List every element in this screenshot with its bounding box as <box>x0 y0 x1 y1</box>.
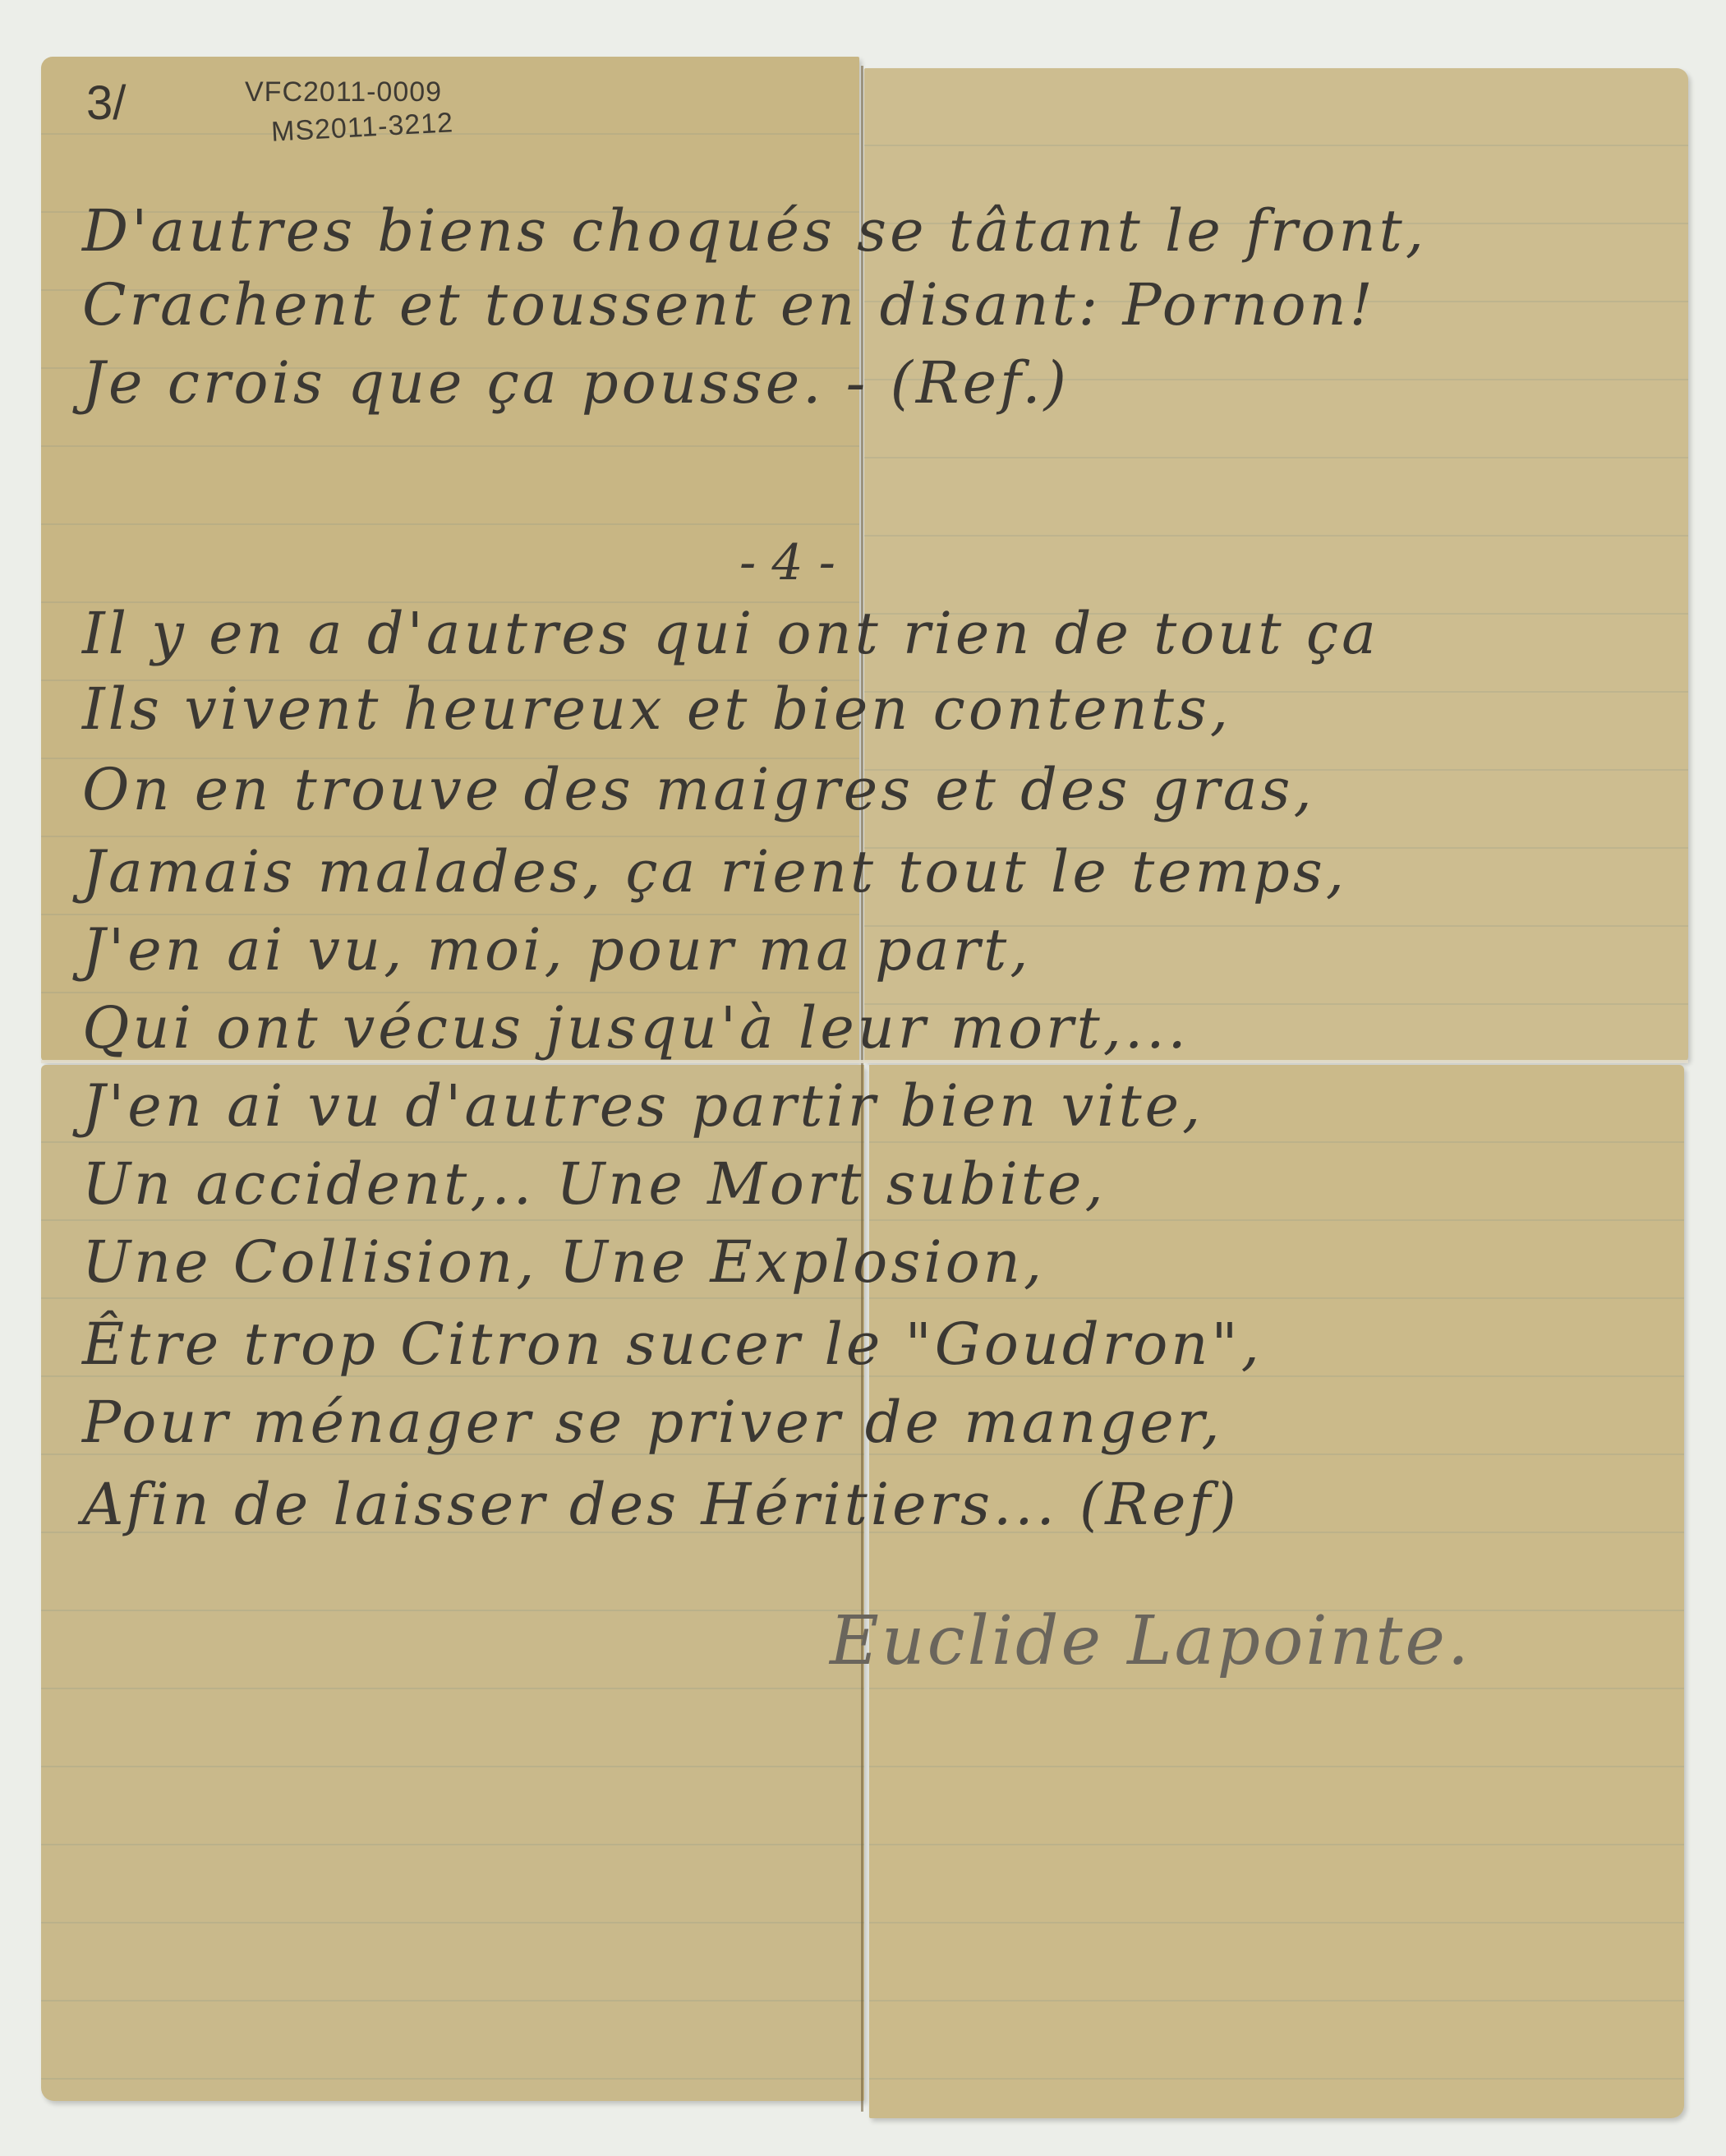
paper-panel-bottom-left <box>41 1065 864 2101</box>
poem-line: Pour ménager se priver de manger, <box>82 1389 1643 1456</box>
poem-line: D'autres biens choqués se tâtant le fron… <box>82 197 1643 265</box>
poem-line: Qui ont vécus jusqu'à leur mort,... <box>82 994 1643 1062</box>
poem-line: Crachent et toussent en disant: Pornon! <box>82 271 1643 339</box>
poem-line: Je crois que ça pousse. - (Ref.) <box>82 349 1643 417</box>
poem-line: Une Collision, Une Explosion, <box>82 1228 1643 1296</box>
stanza-number: - 4 - <box>739 534 835 592</box>
poem-line: Ils vivent heureux et bien contents, <box>82 675 1643 743</box>
poem-line: Un accident,.. Une Mort subite, <box>82 1150 1643 1218</box>
poem-line: J'en ai vu d'autres partir bien vite, <box>82 1072 1643 1140</box>
catalog-number-vfc: VFC2011-0009 <box>245 76 442 108</box>
poem-line: J'en ai vu, moi, pour ma part, <box>82 916 1643 984</box>
poem-line: Être trop Citron sucer le "Goudron", <box>82 1311 1643 1378</box>
poem-line: Afin de laisser des Héritiers... (Ref) <box>82 1471 1643 1538</box>
poem-line: On en trouve des maigres et des gras, <box>82 756 1643 823</box>
page-marker: 3/ <box>86 76 126 131</box>
signature: Euclide Lapointe. <box>830 1602 1471 1680</box>
poem-line: Jamais malades, ça rient tout le temps, <box>82 838 1643 905</box>
poem-line: Il y en a d'autres qui ont rien de tout … <box>82 600 1643 667</box>
paper-panel-bottom-right <box>869 1065 1684 2118</box>
